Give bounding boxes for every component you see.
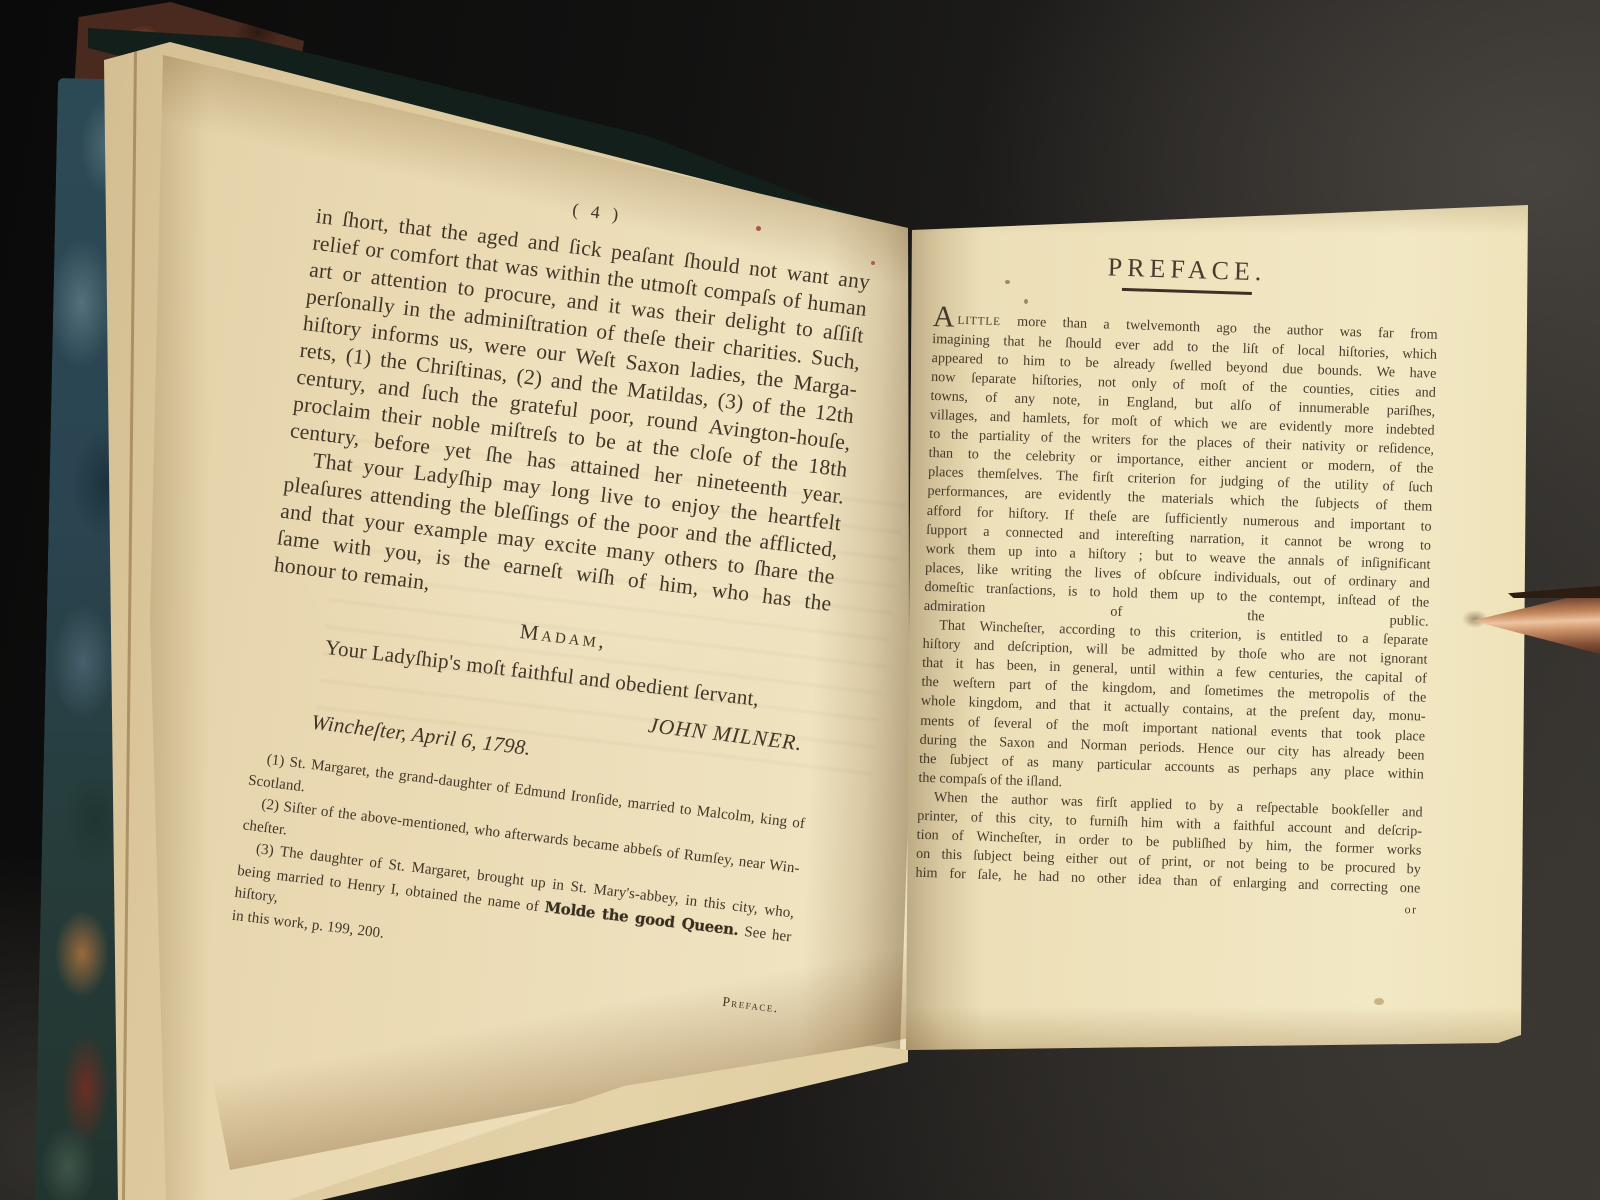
page-edge-shadow (906, 195, 1531, 241)
small-caps-word: LITTLE (957, 314, 1001, 327)
page-stain (756, 226, 761, 231)
left-page-text: ( 4 ) in ſhort, that the aged and ſick p… (227, 166, 876, 1022)
right-page-text: PREFACE. ALITTLE more than a twelvemonth… (915, 252, 1440, 920)
page-edge-shadow (906, 995, 1531, 1051)
page-stain (1024, 299, 1028, 304)
preface-paragraph-3: When the author was firſt applied to by … (915, 788, 1423, 899)
title-rule (1121, 288, 1251, 295)
preface-paragraph-1: ALITTLE more than a twelvemonth ago the … (924, 310, 1438, 632)
page-stain (1374, 998, 1384, 1005)
chapter-title: PREFACE. (934, 252, 1439, 287)
drop-initial: A (932, 300, 955, 334)
open-book-photo: ( 4 ) in ſhort, that the aged and ſick p… (0, 0, 1600, 1200)
page-stain (1005, 280, 1010, 284)
preface-paragraph-2: That Wincheſter, according to this crite… (918, 616, 1428, 804)
page-stain (871, 261, 875, 265)
